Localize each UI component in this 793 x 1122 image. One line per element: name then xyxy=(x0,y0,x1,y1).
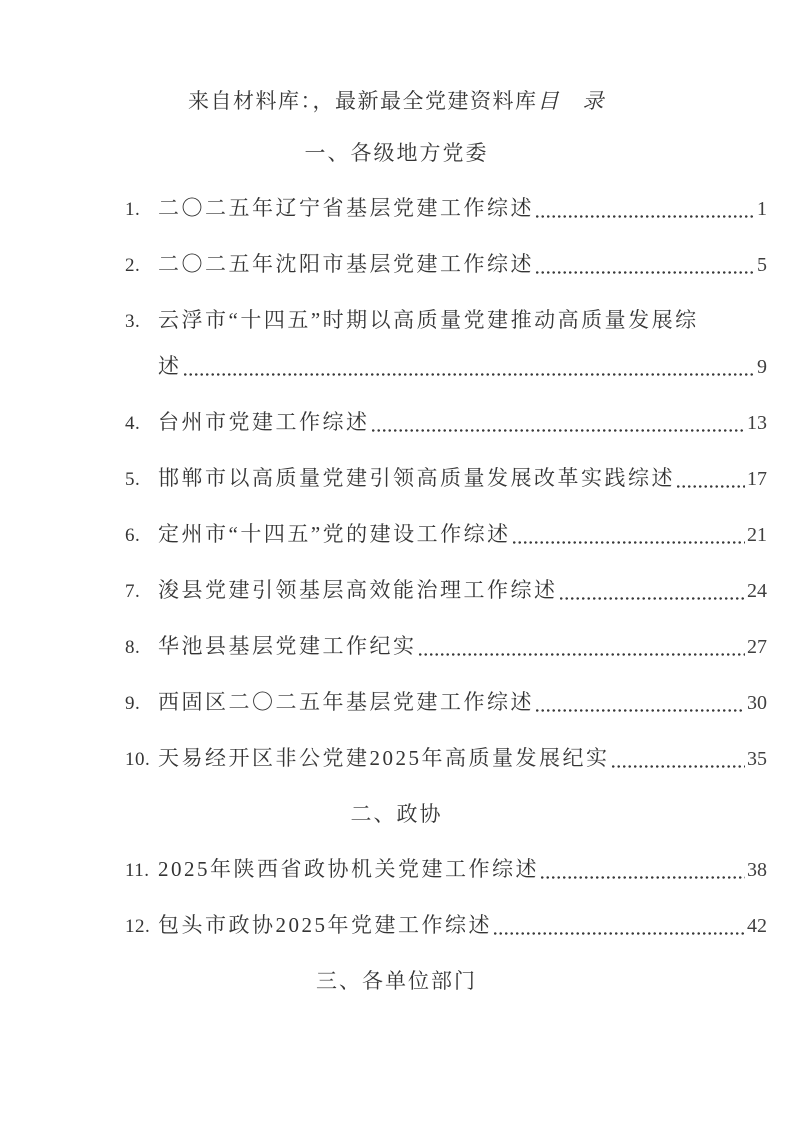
toc-entry-4[interactable]: 4. 台州市党建工作综述 13 xyxy=(125,409,767,437)
page-number: 38 xyxy=(747,857,767,884)
page-number: 35 xyxy=(747,746,767,773)
toc-entry-number: 4. xyxy=(125,410,158,437)
toc-entry-number: 11. xyxy=(125,857,158,884)
toc-entry-number: 1. xyxy=(125,196,158,223)
toc-entry-number: 2. xyxy=(125,252,158,279)
toc-entry-10[interactable]: 10. 天易经开区非公党建2025年高质量发展纪实 35 xyxy=(125,745,767,773)
table-of-contents: 1. 二〇二五年辽宁省基层党建工作综述 1 2. 二〇二五年沈阳市基层党建工作综… xyxy=(0,195,793,773)
toc-entry-number: 9. xyxy=(125,690,158,717)
toc-entry-7[interactable]: 7. 浚县党建引领基层高效能治理工作综述 24 xyxy=(125,577,767,605)
toc-entry-number: 12. xyxy=(125,913,158,940)
dot-leader xyxy=(541,876,745,879)
page-number: 9 xyxy=(757,354,767,381)
page-number: 30 xyxy=(747,690,767,717)
dot-leader xyxy=(494,932,745,935)
page-number: 42 xyxy=(747,913,767,940)
toc-entry-9[interactable]: 9. 西固区二〇二五年基层党建工作综述 30 xyxy=(125,689,767,717)
toc-entry-11[interactable]: 11. 2025年陕西省政协机关党建工作综述 38 xyxy=(125,856,767,884)
toc-entry-12[interactable]: 12. 包头市政协2025年党建工作综述 42 xyxy=(125,912,767,940)
dot-leader xyxy=(612,765,746,768)
toc-entry-title: 华池县基层党建工作纪实 xyxy=(158,633,417,660)
page-number: 21 xyxy=(747,522,767,549)
dot-leader xyxy=(560,597,746,600)
toc-entry-title: 包头市政协2025年党建工作综述 xyxy=(158,912,492,939)
toc-entry-5[interactable]: 5. 邯郸市以高质量党建引领高质量发展改革实践综述 17 xyxy=(125,465,767,493)
toc-entry-title: 浚县党建引领基层高效能治理工作综述 xyxy=(158,577,558,604)
toc-entry-title: 二〇二五年沈阳市基层党建工作综述 xyxy=(158,251,534,278)
section-heading-local-committees: 一、各级地方党委 xyxy=(0,140,793,167)
toc-entry-title: 邯郸市以高质量党建引领高质量发展改革实践综述 xyxy=(158,465,675,492)
toc-entry-8[interactable]: 8. 华池县基层党建工作纪实 27 xyxy=(125,633,767,661)
dot-leader xyxy=(184,373,756,376)
toc-entry-title-continued: 述 xyxy=(158,353,182,380)
toc-entry-title: 台州市党建工作综述 xyxy=(158,409,370,436)
page-title-toc-label: 目 录 xyxy=(538,89,606,113)
toc-entry-2[interactable]: 2. 二〇二五年沈阳市基层党建工作综述 5 xyxy=(125,251,767,279)
dot-leader xyxy=(536,271,755,274)
toc-entry-title: 云浮市“十四五”时期以高质量党建推动高质量发展综 xyxy=(158,307,699,334)
toc-entry-number: 6. xyxy=(125,522,158,549)
toc-entry-title: 西固区二〇二五年基层党建工作综述 xyxy=(158,689,534,716)
dot-leader xyxy=(419,653,746,656)
dot-leader xyxy=(513,541,745,544)
page-number: 5 xyxy=(757,252,767,279)
table-of-contents-cppcc: 11. 2025年陕西省政协机关党建工作综述 38 12. 包头市政协2025年… xyxy=(0,856,793,940)
toc-entry-3-line-2[interactable]: 述 9 xyxy=(125,353,767,381)
dot-leader xyxy=(536,709,745,712)
toc-entry-title: 定州市“十四五”党的建设工作综述 xyxy=(158,521,511,548)
toc-entry-number: 10. xyxy=(125,746,158,773)
toc-entry-number: 8. xyxy=(125,634,158,661)
page-number: 27 xyxy=(747,634,767,661)
dot-leader xyxy=(372,429,746,432)
section-heading-cppcc: 二、政协 xyxy=(0,801,793,828)
toc-entry-number: 3. xyxy=(125,308,158,335)
page-number: 1 xyxy=(757,196,767,223)
toc-entry-1[interactable]: 1. 二〇二五年辽宁省基层党建工作综述 1 xyxy=(125,195,767,223)
page-number: 17 xyxy=(747,466,767,493)
toc-entry-title: 二〇二五年辽宁省基层党建工作综述 xyxy=(158,195,534,222)
toc-entry-3-line-1[interactable]: 3. 云浮市“十四五”时期以高质量党建推动高质量发展综 xyxy=(125,307,767,335)
page-title: 来自材料库：，最新最全党建资料库目 录 xyxy=(0,88,793,115)
page-number: 13 xyxy=(747,410,767,437)
toc-entry-title: 天易经开区非公党建2025年高质量发展纪实 xyxy=(158,745,610,772)
toc-entry-number: 7. xyxy=(125,578,158,605)
dot-leader xyxy=(536,215,755,218)
page-title-text: 来自材料库：，最新最全党建资料库 xyxy=(188,89,538,113)
document-page: 来自材料库：，最新最全党建资料库目 录 一、各级地方党委 1. 二〇二五年辽宁省… xyxy=(0,0,793,1122)
section-heading-departments: 三、各单位部门 xyxy=(0,968,793,995)
page-number: 24 xyxy=(747,578,767,605)
toc-entry-title: 2025年陕西省政协机关党建工作综述 xyxy=(158,856,539,883)
toc-entry-6[interactable]: 6. 定州市“十四五”党的建设工作综述 21 xyxy=(125,521,767,549)
dot-leader xyxy=(677,485,745,488)
toc-entry-number: 5. xyxy=(125,466,158,493)
